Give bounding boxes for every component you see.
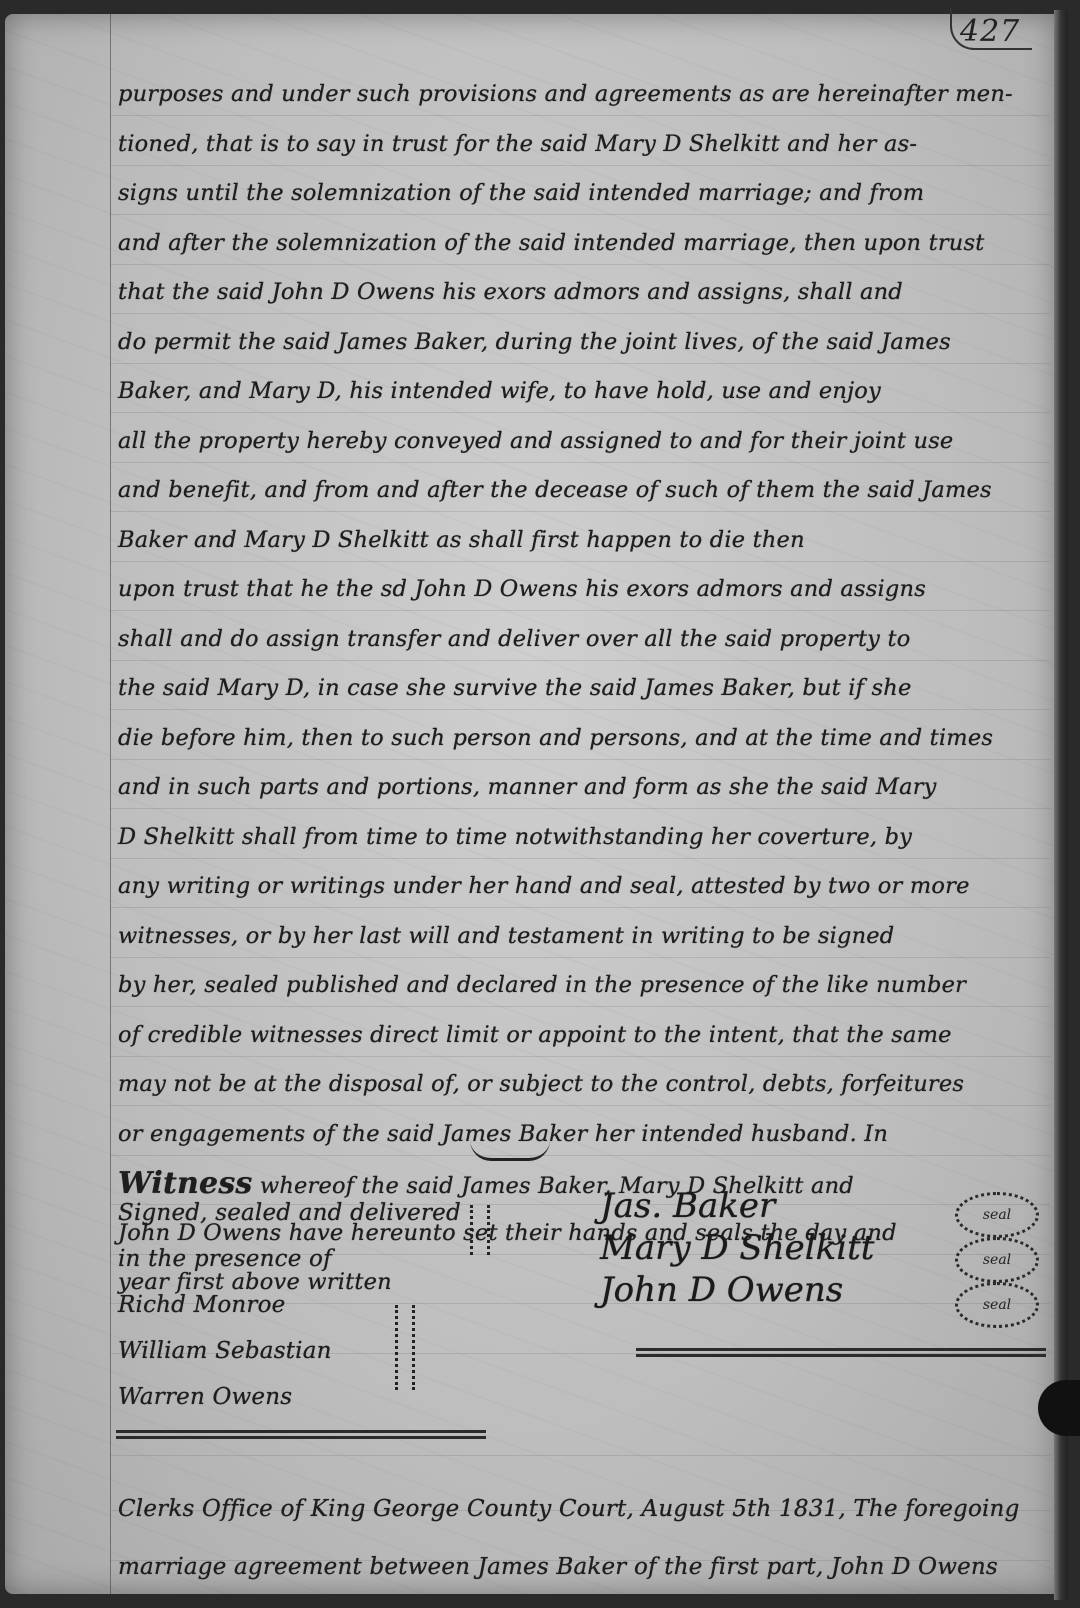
wax-seal-icon: seal: [955, 1282, 1039, 1328]
body-line: any writing or writings under her hand a…: [118, 862, 1043, 912]
body-line: and benefit, and from and after the dece…: [118, 466, 1043, 516]
book-binding-shadow: [1054, 10, 1068, 1600]
body-line: Baker, and Mary D, his intended wife, to…: [118, 367, 1043, 417]
body-line: all the property hereby conveyed and ass…: [118, 417, 1043, 467]
body-line: or engagements of the said James Baker h…: [118, 1110, 1043, 1160]
body-line: and in such parts and portions, manner a…: [118, 763, 1043, 813]
attestation-line: in the presence of: [118, 1236, 461, 1282]
body-line: die before him, then to such person and …: [118, 714, 1043, 764]
body-line: the said Mary D, in case she survive the…: [118, 664, 1043, 714]
body-line: and after the solemnization of the said …: [118, 219, 1043, 269]
agreement-body: purposes and under such provisions and a…: [118, 70, 1043, 1308]
body-line: D Shelkitt shall from time to time notwi…: [118, 813, 1043, 863]
clerk-line: marriage agreement between James Baker o…: [118, 1538, 1043, 1596]
wax-seal-icon: seal: [955, 1237, 1039, 1283]
body-line: that the said John D Owens his exors adm…: [118, 268, 1043, 318]
scan-frame: 427 purposes and under such provisions a…: [0, 0, 1080, 1608]
body-line: tioned, that is to say in trust for the …: [118, 120, 1043, 170]
signature: John D Owens: [600, 1269, 874, 1311]
body-line: purposes and under such provisions and a…: [118, 70, 1043, 120]
body-line: may not be at the disposal of, or subjec…: [118, 1060, 1043, 1110]
signature: Jas. Baker: [600, 1185, 874, 1227]
ruled-line: [110, 1455, 1050, 1456]
body-line: by her, sealed published and declared in…: [118, 961, 1043, 1011]
body-line: Baker and Mary D Shelkitt as shall first…: [118, 516, 1043, 566]
signature-rule: [636, 1348, 1046, 1357]
clerk-certificate: Clerks Office of King George County Cour…: [118, 1480, 1043, 1596]
clerk-line: Clerks Office of King George County Cour…: [118, 1480, 1043, 1538]
body-line: shall and do assign transfer and deliver…: [118, 615, 1043, 665]
page-number: 427: [960, 14, 1020, 49]
section-divider-rule: [116, 1430, 486, 1439]
witness-bracket: [395, 1305, 415, 1390]
wax-seal-icon: seal: [955, 1192, 1039, 1238]
body-line: witnesses, or by her last will and testa…: [118, 912, 1043, 962]
pen-flourish: [470, 1140, 550, 1161]
body-line: do permit the said James Baker, during t…: [118, 318, 1043, 368]
body-line: of credible witnesses direct limit or ap…: [118, 1011, 1043, 1061]
attestation-line: Signed, sealed and delivered: [118, 1190, 461, 1236]
attestation-bracket: [470, 1205, 490, 1255]
body-line: signs until the solemnization of the sai…: [118, 169, 1043, 219]
signature-block: Jas. Baker Mary D Shelkitt John D Owens: [600, 1185, 874, 1311]
signature: Mary D Shelkitt: [600, 1227, 874, 1269]
left-margin-rule: [110, 14, 111, 1594]
body-line: upon trust that he the sd John D Owens h…: [118, 565, 1043, 615]
